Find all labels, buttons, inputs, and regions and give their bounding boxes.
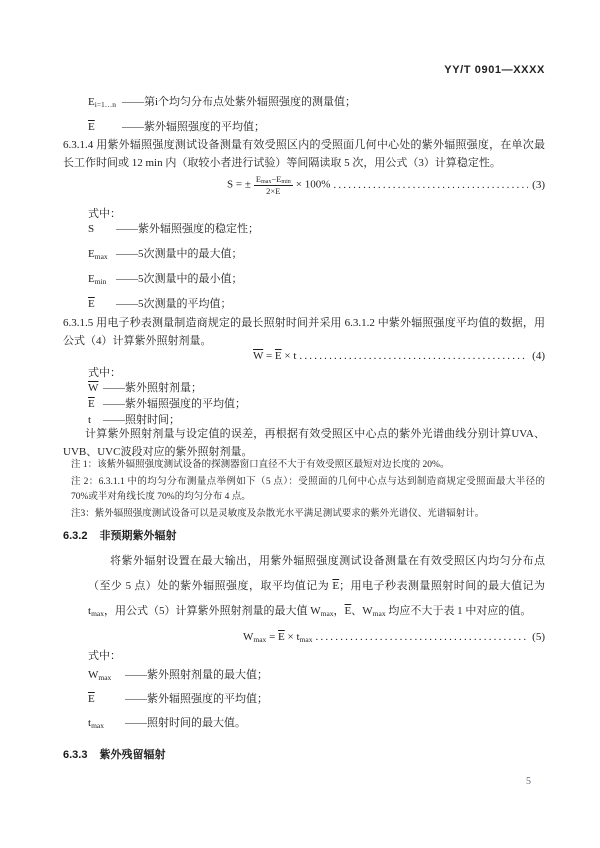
symbol-e-i: Ei=1…n	[88, 94, 122, 111]
note-1: 注 1：该紫外辐照强度测试设备的探测器窗口直径不大于有效受照区最短对边长度的 2…	[71, 458, 545, 474]
symbol-letter: E	[88, 121, 95, 133]
notes-block: 注 1：该紫外辐照强度测试设备的探测器窗口直径不大于有效受照区最短对边长度的 2…	[63, 458, 545, 523]
formula-4-expression: W = E × t	[253, 348, 296, 365]
note-2: 注 2：6.3.1.1 中的均匀分布测量点举例如下（5 点）：受照面的几何中心点…	[71, 475, 545, 506]
dot-leader: ........................................…	[333, 177, 528, 194]
definition-row: W ——紫外照射剂量；	[88, 380, 545, 396]
symbol-t-max: tmax	[88, 715, 125, 732]
fraction: Emax−Emin2×E	[254, 174, 293, 196]
section-heading-633: 6.3.3紫外残留辐射	[63, 748, 545, 763]
paragraph: 将紫外辐射设置在最大输出，用紫外辐照强度测试设备测量在有效受照区内均匀分布点（至…	[88, 549, 545, 624]
definition-text: ——紫外辐照强度的平均值；	[122, 119, 545, 136]
formula-5-expression: Wmax = E × tmax	[243, 629, 312, 646]
definition-row: Emin ——5次测量中的最小值；	[88, 271, 545, 288]
note-label: 注 1：	[71, 460, 97, 470]
symbol-w-bar: W	[88, 380, 103, 396]
definition-text: ——紫外照射剂量；	[103, 380, 545, 396]
note-text: 该紫外辐照强度测试设备的探测器窗口直径不大于有效受照区最短对边长度的 20%。	[97, 460, 449, 470]
section-6314: 6.3.1.4 用紫外辐照强度测试设备测量有效受照区内的受照面几何中心处的紫外辐…	[63, 136, 545, 172]
symbol-e-max: Emax	[88, 246, 116, 263]
definition-text: ——紫外照射剂量的最大值；	[125, 667, 545, 684]
definition-text: ——紫外辐照强度的平均值；	[103, 396, 545, 412]
fraction-denominator: 2×E	[266, 186, 280, 196]
note-label: 注3：	[71, 509, 95, 519]
definition-row: E ——紫外辐照强度的平均值；	[88, 119, 545, 136]
where-label: 式中：	[88, 364, 545, 380]
symbol-e-min: Emin	[88, 271, 116, 288]
dot-leader: ........................................…	[299, 348, 528, 365]
definition-row: E ——紫外辐照强度的平均值；	[88, 396, 545, 412]
definition-row: Ei=1…n ——第i个均匀分布点处紫外辐照强度的测量值；	[88, 94, 545, 111]
symbol-letter: E	[88, 96, 95, 108]
definition-text: ——紫外辐照强度的稳定性；	[116, 221, 545, 238]
section-632-paragraph: 将紫外辐射设置在最大输出，用紫外辐照强度测试设备测量在有效受照区内均匀分布点（至…	[63, 549, 545, 624]
formula-5: Wmax = E × tmax ........................…	[63, 629, 545, 646]
symbol-s: S	[88, 221, 116, 238]
definition-text: ——5次测量中的最大值；	[116, 246, 545, 263]
page-number: 5	[526, 776, 531, 787]
section-title: 紫外残留辐射	[99, 749, 165, 761]
formula-lhs: S = ±	[227, 179, 251, 191]
symbol-e-bar: E	[88, 296, 116, 313]
symbol-e-bar: E	[88, 119, 122, 136]
definition-text: ——5次测量的平均值；	[116, 296, 545, 313]
note-label: 注 2：	[71, 477, 99, 487]
definition-list-f5: Wmax ——紫外照射剂量的最大值； E ——紫外辐照强度的平均值； tmax …	[88, 667, 545, 732]
symbol-e-bar: E	[88, 691, 125, 708]
note-3: 注3：紫外辐照强度测试设备可以是灵敏度及杂散光水平满足测试要求的紫外光谱仪、光谱…	[71, 507, 545, 523]
symbol-subscript: i=1…n	[95, 100, 116, 109]
formula-rhs: × 100%	[296, 179, 331, 191]
definition-row: E ——5次测量的平均值；	[88, 296, 545, 313]
note-text: 6.3.1.1 中的均匀分布测量点举例如下（5 点）：受照面的几何中心点与达到制…	[71, 477, 545, 503]
paragraph: 计算紫外照射剂量与设定值的误差，再根据有效受照区中心点的紫外光谱曲线分别计算UV…	[63, 426, 545, 461]
formula-number: (3)	[532, 177, 545, 194]
definition-text: ——紫外辐照强度的平均值；	[125, 691, 545, 708]
document-page: YY/T 0901—XXXX Ei=1…n ——第i个均匀分布点处紫外辐照强度的…	[0, 0, 600, 848]
definition-list-top: Ei=1…n ——第i个均匀分布点处紫外辐照强度的测量值； E ——紫外辐照强度…	[88, 94, 545, 136]
definition-row: tmax ——照射时间的最大值。	[88, 715, 545, 732]
calc-paragraph-block: 计算紫外照射剂量与设定值的误差，再根据有效受照区中心点的紫外光谱曲线分别计算UV…	[63, 426, 545, 461]
definition-row: S ——紫外辐照强度的稳定性；	[88, 221, 545, 238]
where-label: 式中：	[88, 205, 545, 221]
where-label: 式中：	[88, 647, 545, 663]
formula-3: S = ±Emax−Emin2×E× 100% ................…	[63, 174, 545, 196]
definition-text: ——照射时间的最大值。	[125, 715, 545, 732]
fraction-numerator: Emax−Emin	[254, 174, 293, 186]
definition-list-f3: S ——紫外辐照强度的稳定性； Emax ——5次测量中的最大值； Emin —…	[88, 221, 545, 313]
formula-number: (4)	[532, 348, 545, 365]
section-heading-632: 6.3.2非预期紫外辐射	[63, 529, 545, 544]
formula-number: (5)	[532, 629, 545, 646]
dot-leader: ........................................…	[315, 629, 528, 646]
definition-row: Wmax ——紫外照射剂量的最大值；	[88, 667, 545, 684]
definition-row: E ——紫外辐照强度的平均值；	[88, 691, 545, 708]
section-6315: 6.3.1.5 用电子秒表测量制造商规定的最长照射时间并采用 6.3.1.2 中…	[63, 314, 545, 350]
symbol-e-bar: E	[88, 396, 103, 412]
definition-text: ——第i个均匀分布点处紫外辐照强度的测量值；	[122, 94, 545, 111]
section-number: 6.3.3	[63, 749, 87, 761]
note-text: 紫外辐照强度测试设备可以是灵敏度及杂散光水平满足测试要求的紫外光谱仪、光谱辐射计…	[95, 509, 485, 519]
formula-3-expression: S = ±Emax−Emin2×E× 100%	[227, 174, 330, 196]
paragraph: 6.3.1.4 用紫外辐照强度测试设备测量有效受照区内的受照面几何中心处的紫外辐…	[63, 136, 545, 172]
definition-list-f4: W ——紫外照射剂量； E ——紫外辐照强度的平均值； t ——照射时间；	[88, 380, 545, 428]
section-number: 6.3.2	[63, 530, 87, 542]
doc-code: YY/T 0901—XXXX	[444, 64, 545, 76]
symbol-w-max: Wmax	[88, 667, 125, 684]
section-title: 非预期紫外辐射	[99, 530, 176, 542]
formula-4: W = E × t ..............................…	[63, 348, 545, 365]
paragraph: 6.3.1.5 用电子秒表测量制造商规定的最长照射时间并采用 6.3.1.2 中…	[63, 314, 545, 350]
definition-row: Emax ——5次测量中的最大值；	[88, 246, 545, 263]
definition-text: ——5次测量中的最小值；	[116, 271, 545, 288]
